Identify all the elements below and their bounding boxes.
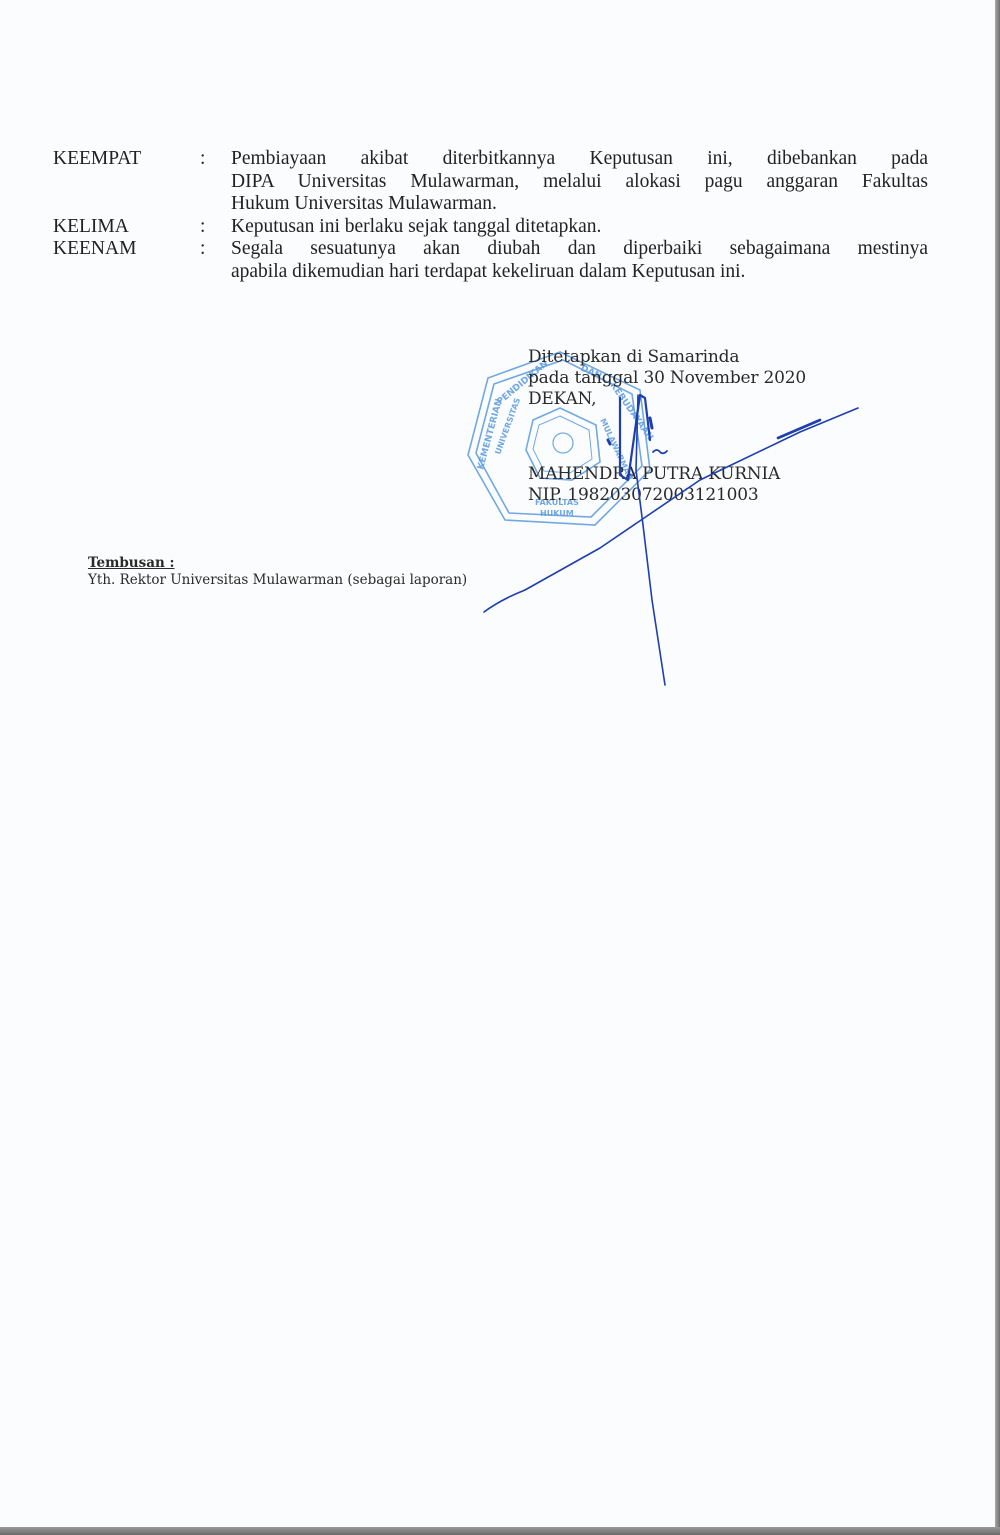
clause-separator: :: [185, 238, 231, 283]
date-of-issue: pada tanggal 30 November 2020: [528, 368, 806, 389]
clause-text: Pembiayaan akibat diterbitkannya Keputus…: [231, 148, 928, 216]
clause-text: Keputusan ini berlaku sejak tanggal dite…: [231, 216, 928, 239]
signatory-name: MAHENDRA PUTRA KURNIA: [528, 464, 806, 485]
clause-line: DIPA Universitas Mulawarman, melalui alo…: [231, 171, 928, 194]
clause-separator: :: [185, 216, 231, 239]
clause-line: apabila dikemudian hari terdapat kekelir…: [231, 261, 928, 284]
clause-line: Segala sesuatunya akan diubah dan diperb…: [231, 238, 928, 261]
svg-text:KEMENTERIAN: KEMENTERIAN: [476, 398, 505, 471]
scan-edge-right: [995, 0, 1000, 1535]
svg-text:UNIVERSITAS: UNIVERSITAS: [493, 396, 522, 455]
carbon-copy: Tembusan : Yth. Rektor Universitas Mulaw…: [88, 555, 467, 589]
clause-kelima: KELIMA : Keputusan ini berlaku sejak tan…: [53, 216, 928, 239]
clause-line: Hukum Universitas Mulawarman.: [231, 193, 928, 216]
document-page: KEEMPAT : Pembiayaan akibat diterbitkann…: [0, 0, 995, 1527]
clause-line: Pembiayaan akibat diterbitkannya Keputus…: [231, 148, 928, 171]
signatory-nip: NIP. 198203072003121003: [528, 485, 806, 506]
place-of-issue: Ditetapkan di Samarinda: [528, 347, 806, 368]
signature-block: Ditetapkan di Samarinda pada tanggal 30 …: [528, 347, 806, 506]
clause-text: Segala sesuatunya akan diubah dan diperb…: [231, 238, 928, 283]
scan-edge-bottom: [0, 1527, 1000, 1535]
clause-separator: :: [185, 148, 231, 216]
clause-label: KEENAM: [53, 238, 185, 283]
clause-keenam: KEENAM : Segala sesuatunya akan diubah d…: [53, 238, 928, 283]
svg-text:HUKUM: HUKUM: [540, 509, 574, 518]
carbon-copy-item: Yth. Rektor Universitas Mulawarman (seba…: [88, 572, 467, 589]
clause-line: Keputusan ini berlaku sejak tanggal dite…: [231, 216, 928, 239]
decree-clauses: KEEMPAT : Pembiayaan akibat diterbitkann…: [53, 148, 928, 283]
carbon-copy-title: Tembusan :: [88, 555, 467, 572]
clause-keempat: KEEMPAT : Pembiayaan akibat diterbitkann…: [53, 148, 928, 216]
signatory-position: DEKAN,: [528, 389, 806, 410]
clause-label: KEEMPAT: [53, 148, 185, 216]
clause-label: KELIMA: [53, 216, 185, 239]
